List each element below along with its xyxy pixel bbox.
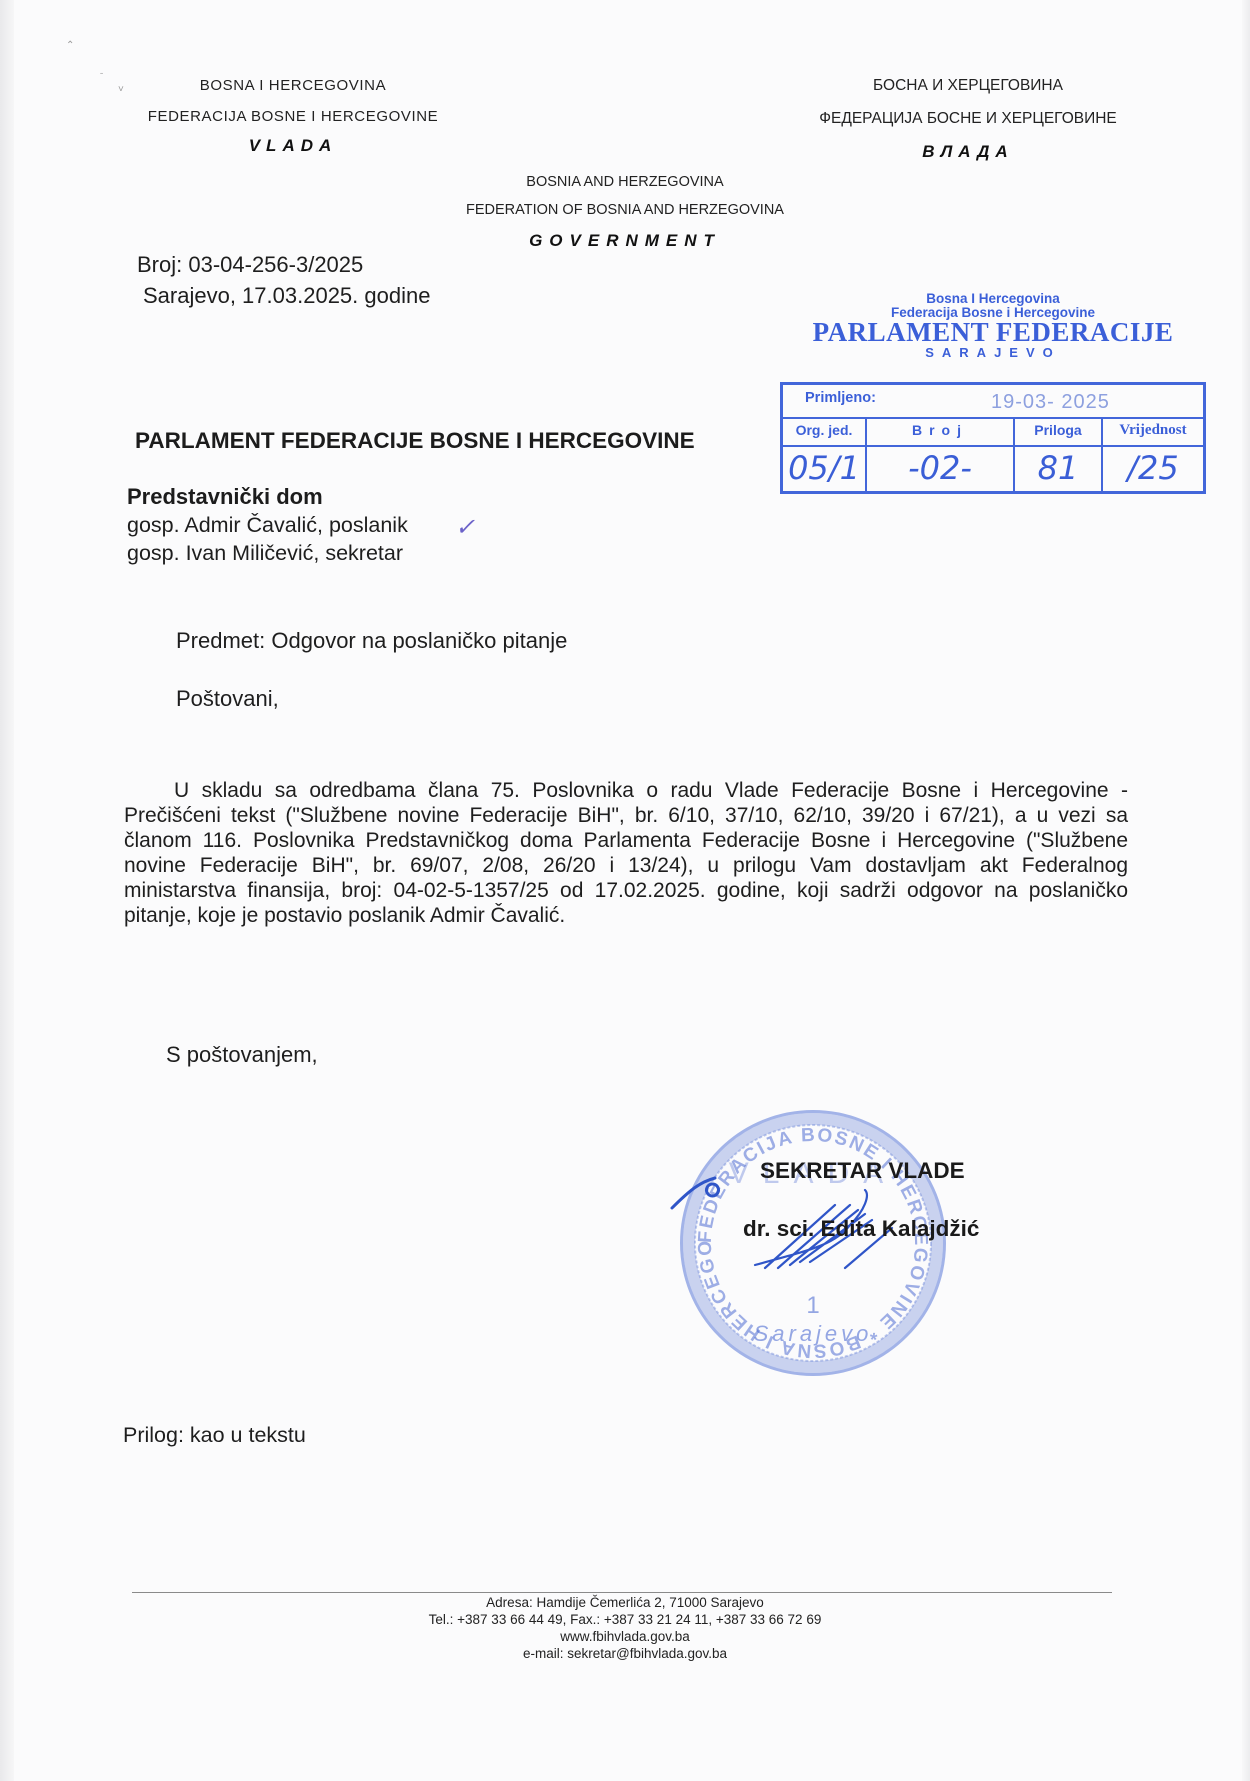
body-paragraph: U skladu sa odredbama člana 75. Poslovni… [124,778,1128,928]
recipient-institution: PARLAMENT FEDERACIJE BOSNE I HERCEGOVINE [135,428,695,454]
header-right-federation: ФЕДЕРАЦИЈА БОСНЕ И ХЕРЦЕГОВИНЕ [819,110,1117,128]
greeting: Poštovani, [176,686,279,712]
header-right-country: БОСНА И ХЕРЦЕГОВИНА [873,77,1063,95]
svg-text:1: 1 [806,1292,819,1319]
scan-edge-right [1242,0,1250,1781]
footer-website[interactable]: www.fbihvlada.gov.ba [0,1628,1250,1645]
signatory-title: SEKRETAR VLADE [760,1158,965,1184]
stamp-value-org: 05/1 [783,445,867,491]
header-left-country: BOSNA I HERCEGOVINA [200,77,386,94]
stamp-country: Bosna I Hercegovina [778,292,1208,306]
footer-phone: Tel.: +387 33 66 44 49, Fax.: +387 33 21… [0,1611,1250,1628]
scan-speck: ˅ [118,84,124,95]
reference-number: Broj: 03-04-256-3/2025 [137,252,363,278]
stamp-col-value: Vrijednost [1103,417,1203,445]
svg-text:Sarajevo: Sarajevo [754,1321,873,1346]
header-right-government: ВЛАДА [922,142,1013,162]
header-left-federation: FEDERACIJA BOSNE I HERCEGOVINE [148,108,439,125]
stamp-col-attachments: Priloga [1015,417,1103,445]
footer-address: Adresa: Hamdije Čemerlića 2, 71000 Saraj… [0,1594,1250,1611]
header-center-government: GOVERNMENT [529,231,721,251]
recipient-house: Predstavnički dom [127,484,323,510]
stamp-col-org: Org. jed. [783,417,867,445]
recipient-person-2: gosp. Ivan Miličević, sekretar [127,540,403,566]
closing: S poštovanjem, [166,1042,318,1068]
stamp-values-row: 05/1 -02- 81 /25 [783,445,1203,491]
stamp-header-row: Org. jed. Broj Priloga Vrijednost [783,417,1203,447]
header-left-government: VLADA [249,136,338,156]
scan-speck: ˉ [100,72,103,83]
attachment-note: Prilog: kao u tekstu [123,1422,306,1448]
signatory-name: dr. sci. Edita Kalajdžić [743,1216,979,1242]
header-center-federation: FEDERATION OF BOSNIA AND HERZEGOVINA [466,202,784,218]
scan-edge-left [0,0,14,1781]
stamp-received-label: Primljeno: [805,390,876,406]
header-center-country: BOSNIA AND HERZEGOVINA [526,174,723,190]
subject-line: Predmet: Odgovor na poslaničko pitanje [176,628,567,654]
stamp-col-number: Broj [867,417,1015,445]
stamp-value-number: -02- [867,445,1015,491]
stamp-value-value: /25 [1103,445,1203,491]
received-stamp: Bosna I Hercegovina Federacija Bosne i H… [778,292,1208,362]
footer: Adresa: Hamdije Čemerlića 2, 71000 Saraj… [0,1594,1250,1662]
footer-email[interactable]: e-mail: sekretar@fbihvlada.gov.ba [0,1645,1250,1662]
stamp-value-attachments: 81 [1015,445,1103,491]
stamp-parliament: PARLAMENT FEDERACIJE [778,320,1208,344]
stamp-table: Primljeno: 19-03- 2025 Org. jed. Broj Pr… [780,382,1206,494]
body-text: U skladu sa odredbama člana 75. Poslovni… [124,779,1128,927]
check-mark-icon: ✓ [455,513,475,542]
stamp-received-date: 19-03- 2025 [991,391,1110,414]
stamp-received-row: Primljeno: 19-03- 2025 [783,385,1203,419]
scan-speck: ⌃ [66,40,74,51]
recipient-person-1: gosp. Admir Čavalić, poslanik [127,512,408,538]
footer-divider [132,1592,1112,1593]
reference-place-date: Sarajevo, 17.03.2025. godine [143,283,430,309]
